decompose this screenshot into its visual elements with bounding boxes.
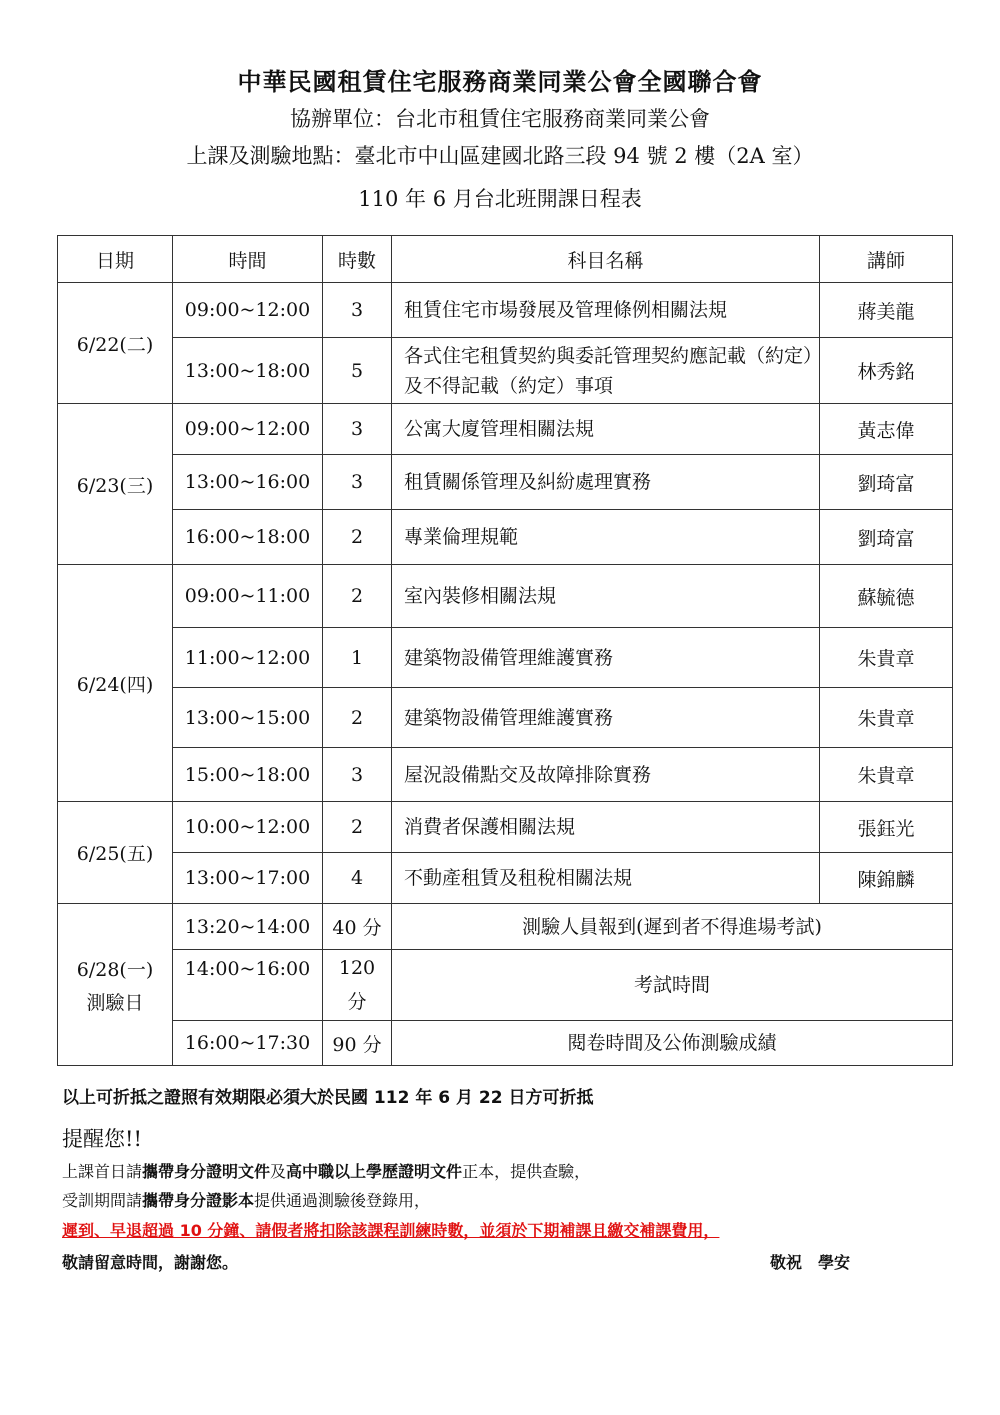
- instructor-cell: 陳錦麟: [820, 853, 953, 904]
- bold-text: 攜帶身分證明文件: [142, 1162, 270, 1181]
- table-row: 15:00~18:00 3 屋況設備點交及故障排除實務 朱貴章: [58, 748, 953, 802]
- subject-cell: 專業倫理規範: [392, 510, 820, 565]
- reminder-line-id-copy: 受訓期間請攜帶身分證影本提供通過測驗後登錄用，: [62, 1188, 430, 1211]
- table-row: 6/28(一) 測驗日 13:20~14:00 40 分 測驗人員報到(遲到者不…: [58, 904, 953, 950]
- exam-activity-cell: 考試時間: [392, 950, 953, 1021]
- table-row: 6/22(二) 09:00~12:00 3 租賃住宅市場發展及管理條例相關法規 …: [58, 283, 953, 338]
- subject-cell: 屋況設備點交及故障排除實務: [392, 748, 820, 802]
- table-row: 13:00~17:00 4 不動產租賃及租稅相關法規 陳錦麟: [58, 853, 953, 904]
- hours-cell: 4: [323, 853, 392, 904]
- time-cell: 09:00~12:00: [173, 283, 323, 338]
- time-cell: 10:00~12:00: [173, 802, 323, 853]
- subject-cell: 建築物設備管理維護實務: [392, 688, 820, 748]
- hours-cell: 3: [323, 455, 392, 510]
- hours-value: 120: [329, 951, 385, 985]
- table-row: 14:00~16:00 120 分 考試時間: [58, 950, 953, 1021]
- time-cell: 14:00~16:00: [173, 950, 323, 1021]
- table-row: 13:00~18:00 5 各式住宅租賃契約與委託管理契約應記載（約定）及不得記…: [58, 338, 953, 404]
- col-header-instructor: 講師: [820, 236, 953, 283]
- col-header-hours: 時數: [323, 236, 392, 283]
- time-cell: 13:00~17:00: [173, 853, 323, 904]
- hours-cell: 90 分: [323, 1021, 392, 1066]
- instructor-cell: 朱貴章: [820, 688, 953, 748]
- time-cell: 16:00~18:00: [173, 510, 323, 565]
- exam-activity-cell: 測驗人員報到(遲到者不得進場考試): [392, 904, 953, 950]
- reminder-line-documents: 上課首日請攜帶身分證明文件及高中職以上學歷證明文件正本，提供查驗，: [62, 1159, 590, 1182]
- subject-cell: 不動產租賃及租稅相關法規: [392, 853, 820, 904]
- exam-day-label: 測驗日: [64, 988, 166, 1015]
- late-absence-warning: 遲到、早退超過 10 分鐘、請假者將扣除該課程訓練時數，並須於下期補課且繳交補課…: [62, 1218, 719, 1241]
- table-row: 13:00~15:00 2 建築物設備管理維護實務 朱貴章: [58, 688, 953, 748]
- hours-cell: 2: [323, 688, 392, 748]
- subject-cell: 公寓大廈管理相關法規: [392, 404, 820, 455]
- instructor-cell: 朱貴章: [820, 628, 953, 688]
- text: 正本，提供查驗，: [462, 1162, 590, 1181]
- time-cell: 11:00~12:00: [173, 628, 323, 688]
- date-cell: 6/22(二): [58, 283, 173, 404]
- sign-off: 敬祝 學安: [770, 1250, 850, 1273]
- time-cell: 13:20~14:00: [173, 904, 323, 950]
- text: 受訓期間請: [62, 1191, 142, 1210]
- time-cell: 13:00~18:00: [173, 338, 323, 404]
- bold-text: 高中職以上學歷證明文件: [286, 1162, 462, 1181]
- schedule-title: 110 年 6 月台北班開課日程表: [0, 183, 1000, 213]
- schedule-table: 日期 時間 時數 科目名稱 講師 6/22(二) 09:00~12:00 3 租…: [57, 235, 953, 1066]
- hours-cell: 3: [323, 283, 392, 338]
- instructor-cell: 蔣美龍: [820, 283, 953, 338]
- hours-cell: 3: [323, 404, 392, 455]
- exam-date: 6/28(一): [77, 959, 154, 981]
- subject-cell: 租賃關係管理及糾紛處理實務: [392, 455, 820, 510]
- instructor-cell: 朱貴章: [820, 748, 953, 802]
- hours-cell: 1: [323, 628, 392, 688]
- time-cell: 13:00~16:00: [173, 455, 323, 510]
- time-cell: 09:00~11:00: [173, 565, 323, 628]
- exam-activity-cell: 閱卷時間及公佈測驗成績: [392, 1021, 953, 1066]
- document-title: 中華民國租賃住宅服務商業同業公會全國聯合會: [0, 62, 1000, 97]
- text: 提供通過測驗後登錄用，: [254, 1191, 430, 1210]
- subject-cell: 消費者保護相關法規: [392, 802, 820, 853]
- table-row: 11:00~12:00 1 建築物設備管理維護實務 朱貴章: [58, 628, 953, 688]
- date-cell: 6/28(一) 測驗日: [58, 904, 173, 1066]
- subject-cell: 各式住宅租賃契約與委託管理契約應記載（約定）及不得記載（約定）事項: [392, 338, 820, 404]
- time-cell: 09:00~12:00: [173, 404, 323, 455]
- table-row: 13:00~16:00 3 租賃關係管理及糾紛處理實務 劉琦富: [58, 455, 953, 510]
- instructor-cell: 劉琦富: [820, 455, 953, 510]
- instructor-cell: 劉琦富: [820, 510, 953, 565]
- class-location: 上課及測驗地點：臺北市中山區建國北路三段 94 號 2 樓（2A 室）: [0, 140, 1000, 170]
- table-row: 6/25(五) 10:00~12:00 2 消費者保護相關法規 張鈺光: [58, 802, 953, 853]
- hours-cell: 2: [323, 802, 392, 853]
- co-organizer: 協辦單位：台北市租賃住宅服務商業同業公會: [0, 103, 1000, 133]
- instructor-cell: 林秀銘: [820, 338, 953, 404]
- date-cell: 6/23(三): [58, 404, 173, 565]
- col-header-date: 日期: [58, 236, 173, 283]
- hours-cell: 120 分: [323, 950, 392, 1021]
- instructor-cell: 張鈺光: [820, 802, 953, 853]
- hours-cell: 2: [323, 510, 392, 565]
- time-cell: 16:00~17:30: [173, 1021, 323, 1066]
- certificate-validity-note: 以上可折抵之證照有效期限必須大於民國 112 年 6 月 22 日方可折抵: [62, 1083, 593, 1108]
- col-header-time: 時間: [173, 236, 323, 283]
- subject-cell: 租賃住宅市場發展及管理條例相關法規: [392, 283, 820, 338]
- text: 上課首日請: [62, 1162, 142, 1181]
- hours-unit: 分: [329, 985, 385, 1019]
- time-cell: 15:00~18:00: [173, 748, 323, 802]
- table-row: 6/23(三) 09:00~12:00 3 公寓大廈管理相關法規 黃志偉: [58, 404, 953, 455]
- text: 及: [270, 1162, 286, 1181]
- instructor-cell: 黃志偉: [820, 404, 953, 455]
- hours-cell: 2: [323, 565, 392, 628]
- reminder-title: 提醒您!!: [62, 1123, 142, 1153]
- instructor-cell: 蘇毓德: [820, 565, 953, 628]
- subject-cell: 建築物設備管理維護實務: [392, 628, 820, 688]
- table-row: 6/24(四) 09:00~11:00 2 室內裝修相關法規 蘇毓德: [58, 565, 953, 628]
- subject-cell: 室內裝修相關法規: [392, 565, 820, 628]
- hours-cell: 40 分: [323, 904, 392, 950]
- hours-cell: 3: [323, 748, 392, 802]
- table-header-row: 日期 時間 時數 科目名稱 講師: [58, 236, 953, 283]
- bold-text: 攜帶身分證影本: [142, 1191, 254, 1210]
- hours-cell: 5: [323, 338, 392, 404]
- closing-note: 敬請留意時間，謝謝您。: [62, 1250, 238, 1273]
- col-header-subject: 科目名稱: [392, 236, 820, 283]
- date-cell: 6/24(四): [58, 565, 173, 802]
- time-cell: 13:00~15:00: [173, 688, 323, 748]
- table-row: 16:00~17:30 90 分 閱卷時間及公佈測驗成績: [58, 1021, 953, 1066]
- table-row: 16:00~18:00 2 專業倫理規範 劉琦富: [58, 510, 953, 565]
- date-cell: 6/25(五): [58, 802, 173, 904]
